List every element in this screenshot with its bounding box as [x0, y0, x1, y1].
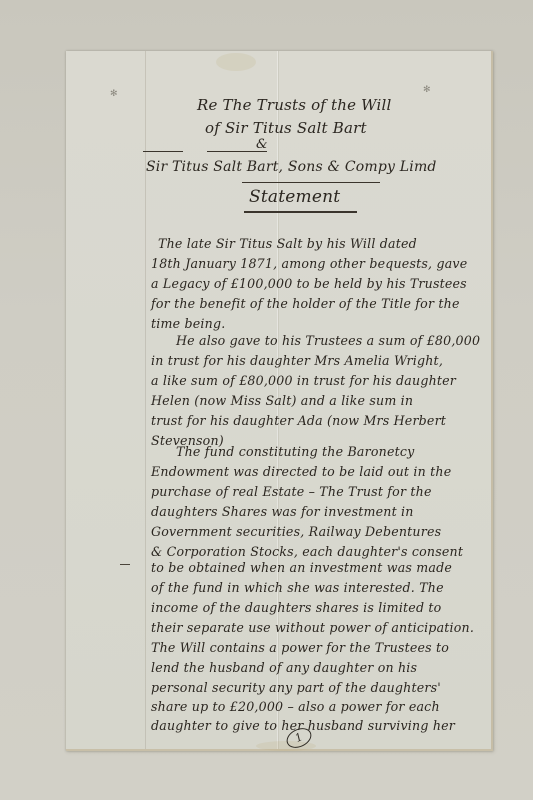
margin-dash-mark [120, 564, 130, 565]
text-line: The late Sir Titus Salt by his Will date… [158, 236, 417, 251]
statement-heading: Statement [249, 187, 340, 207]
text-line: trust for his daughter Ada (now Mrs Herb… [151, 413, 446, 428]
text-line: share up to £20,000 – also a power for e… [151, 699, 440, 714]
text-line: a Legacy of £100,000 to be held by his T… [151, 276, 467, 291]
smudge-mark: ✻ [423, 85, 431, 95]
heading-rule-bottom [244, 211, 357, 213]
title-line-1: Re The Trusts of the Will [197, 96, 392, 114]
paper-stain [216, 53, 256, 71]
heading-rule-top [242, 182, 380, 183]
text-line: daughters Shares was for investment in [151, 504, 414, 519]
text-line: a like sum of £80,000 in trust for his d… [151, 373, 456, 388]
title-rule-left [143, 151, 183, 152]
margin-rule [145, 51, 146, 749]
title-line-3: Sir Titus Salt Bart, Sons & Compy Limd [146, 159, 437, 175]
text-line: personal security any part of the daught… [151, 680, 441, 695]
smudge-mark: ✻ [110, 89, 118, 99]
text-line: He also gave to his Trustees a sum of £8… [176, 333, 480, 348]
text-line: The Will contains a power for the Truste… [151, 640, 449, 655]
text-line: lend the husband of any daughter on his [151, 660, 417, 675]
text-line: for the benefit of the holder of the Tit… [151, 296, 460, 311]
text-line: Helen (now Miss Salt) and a like sum in [151, 393, 413, 408]
text-line: purchase of real Estate – The Trust for … [151, 484, 432, 499]
text-line: income of the daughters shares is limite… [151, 600, 441, 615]
text-line: 18th January 1871, among other bequests,… [151, 256, 467, 271]
text-line: The fund constituting the Baronetcy [176, 444, 414, 459]
text-line: & Corporation Stocks, each daughter's co… [151, 544, 463, 559]
title-line-2: of Sir Titus Salt Bart [205, 119, 367, 137]
title-rule-right [207, 151, 267, 152]
text-line: in trust for his daughter Mrs Amelia Wri… [151, 353, 443, 368]
text-line: Endowment was directed to be laid out in… [151, 464, 451, 479]
title-ampersand: & [256, 137, 268, 152]
text-line: to be obtained when an investment was ma… [151, 560, 452, 575]
manuscript-page: ✻ ✻ Re The Trusts of the Will of Sir Tit… [66, 51, 493, 751]
text-line: of the fund in which she was interested.… [151, 580, 444, 595]
text-line: their separate use without power of anti… [151, 620, 474, 635]
text-line: Government securities, Railway Debenture… [151, 524, 441, 539]
text-line: time being. [151, 316, 225, 331]
